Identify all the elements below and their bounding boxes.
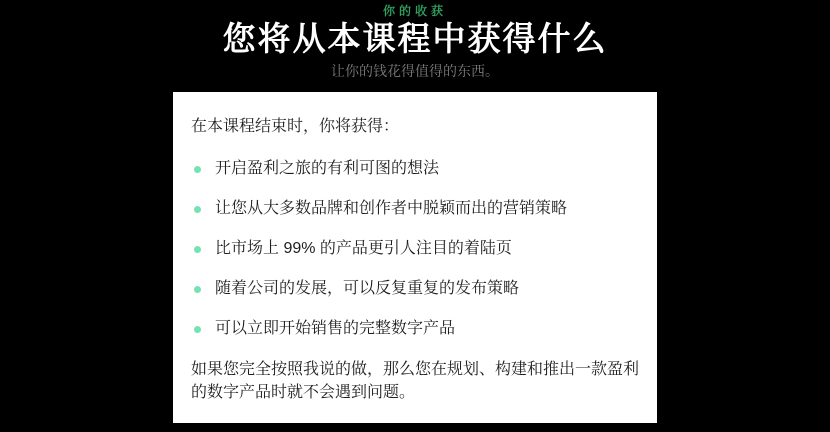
benefit-label: 可以立即开始销售的完整数字产品: [215, 318, 455, 340]
benefits-card: 在本课程结束时，你将获得： 开启盈利之旅的有利可图的想法 让您从大多数品牌和创作…: [173, 92, 657, 423]
benefit-list: 开启盈利之旅的有利可图的想法 让您从大多数品牌和创作者中脱颖而出的营销策略 比市…: [191, 158, 639, 340]
bullet-dot-icon: [194, 206, 201, 213]
eyebrow-label: 你的收获: [0, 0, 830, 19]
bullet-dot-icon: [194, 166, 201, 173]
bullet-dot-icon: [194, 286, 201, 293]
intro-text: 在本课程结束时，你将获得：: [191, 116, 639, 138]
list-item: 开启盈利之旅的有利可图的想法: [191, 158, 639, 180]
benefit-label: 随着公司的发展，可以反复重复的发布策略: [215, 278, 519, 300]
list-item: 让您从大多数品牌和创作者中脱颖而出的营销策略: [191, 198, 639, 220]
bullet-dot-icon: [194, 326, 201, 333]
list-item: 随着公司的发展，可以反复重复的发布策略: [191, 278, 639, 300]
outro-text: 如果您完全按照我说的做，那么您在规划、构建和推出一款盈利的数字产品时就不会遇到问…: [191, 358, 639, 404]
list-item: 比市场上 99% 的产品更引人注目的着陆页: [191, 238, 639, 260]
subtitle: 让你的钱花得值得的东西。: [0, 63, 830, 79]
benefit-label: 开启盈利之旅的有利可图的想法: [215, 158, 439, 180]
bullet-dot-icon: [194, 246, 201, 253]
course-benefits-section: 你的收获 您将从本课程中获得什么 让你的钱花得值得的东西。 在本课程结束时，你将…: [0, 0, 830, 432]
list-item: 可以立即开始销售的完整数字产品: [191, 318, 639, 340]
page-title: 您将从本课程中获得什么: [0, 22, 830, 56]
benefit-label: 让您从大多数品牌和创作者中脱颖而出的营销策略: [215, 198, 567, 220]
benefit-label: 比市场上 99% 的产品更引人注目的着陆页: [215, 238, 512, 260]
